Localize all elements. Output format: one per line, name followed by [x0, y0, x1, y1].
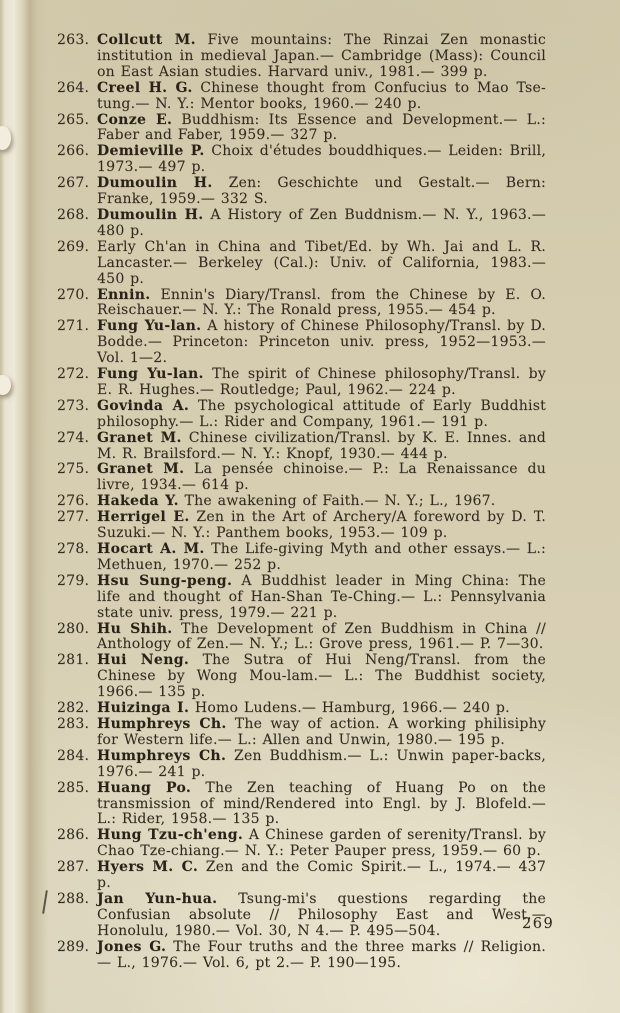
- entry-text: Huang Po. The Zen teaching of Huang Po o…: [97, 781, 546, 829]
- entry-number: 288.: [57, 892, 97, 908]
- entry-number: 264.: [57, 81, 97, 97]
- entry-number: 281.: [57, 653, 97, 669]
- entry-author: Humphreys Ch.: [97, 748, 226, 764]
- entry-text: Hakeda Y. The awakening of Faith.— N. Y.…: [97, 494, 546, 510]
- entry-reference: The awakening of Faith.— N. Y.; L., 1967…: [179, 493, 496, 509]
- entry-text: Jan Yun-hua. Tsung-mi's questions regard…: [97, 892, 546, 940]
- bibliography-entry: 269. Early Ch'an in China and Tibet/Ed. …: [57, 240, 546, 288]
- entry-text: Huizinga I. Homo Ludens.— Hamburg, 1966.…: [97, 701, 546, 717]
- entry-author: Govinda A.: [97, 398, 189, 414]
- entry-author: Hakeda Y.: [97, 493, 179, 509]
- bibliography-entry: 281. Hui Neng. The Sutra of Hui Neng/Tra…: [57, 653, 546, 701]
- bibliography-entry: 267. Dumoulin H. Zen: Geschichte und Ges…: [57, 176, 546, 208]
- entry-reference: Ennin's Diary/Transl. from the Chinese b…: [97, 287, 546, 319]
- entry-text: Jones G. The Four truths and the three m…: [97, 940, 546, 972]
- bibliography-entry: 287. Hyers M. C. Zen and the Comic Spiri…: [57, 860, 546, 892]
- entry-text: Hu Shih. The Development of Zen Buddhism…: [97, 622, 546, 654]
- entry-author: Demieville P.: [97, 143, 205, 159]
- entry-author: Humphreys Ch.: [97, 716, 227, 732]
- bibliography-entry: 266. Demieville P. Choix d'études bouddh…: [57, 144, 546, 176]
- bibliography-entry: 271. Fung Yu-lan. A history of Chinese P…: [57, 319, 546, 367]
- bibliography-entry: 273. Govinda A. The psychological attitu…: [57, 399, 546, 431]
- entry-author: Fung Yu-lan.: [97, 366, 204, 382]
- entry-number: 273.: [57, 399, 97, 415]
- entry-author: Hsu Sung-peng.: [97, 573, 232, 589]
- entry-text: Fung Yu-lan. The spirit of Chinese philo…: [97, 367, 546, 399]
- entry-text: Collcutt M. Five mountains: The Rinzai Z…: [97, 33, 546, 81]
- page-number: 269: [522, 916, 554, 932]
- bibliography-entry: 272. Fung Yu-lan. The spirit of Chinese …: [57, 367, 546, 399]
- entry-number: 272.: [57, 367, 97, 383]
- entry-author: Hung Tzu-ch'eng.: [97, 827, 243, 843]
- bibliography-list: 263. Collcutt M. Five mountains: The Rin…: [57, 33, 546, 971]
- entry-text: Humphreys Ch. The way of action. A worki…: [97, 717, 546, 749]
- bibliography-entry: 282. Huizinga I. Homo Ludens.— Hamburg, …: [57, 701, 546, 717]
- entry-number: 284.: [57, 749, 97, 765]
- entry-author: Dumoulin H.: [97, 175, 213, 191]
- entry-author: Hu Shih.: [97, 621, 173, 637]
- entry-author: Hui Neng.: [97, 652, 189, 668]
- entry-number: 270.: [57, 288, 97, 304]
- entry-text: Hung Tzu-ch'eng. A Chinese garden of ser…: [97, 828, 546, 860]
- bibliography-entry: 276. Hakeda Y. The awakening of Faith.— …: [57, 494, 546, 510]
- entry-author: Jan Yun-hua.: [97, 891, 217, 907]
- bibliography-entry: 265. Conze E. Buddhism: Its Essence and …: [57, 113, 546, 145]
- bibliography-entry: 274. Granet M. Chinese civilization/Tran…: [57, 431, 546, 463]
- bibliography-entry: 263. Collcutt M. Five mountains: The Rin…: [57, 33, 546, 81]
- entry-reference: Homo Ludens.— Hamburg, 1966.— 240 p.: [189, 700, 510, 716]
- bibliography-entry: 286. Hung Tzu-ch'eng. A Chinese garden o…: [57, 828, 546, 860]
- bibliography-entry: 285. Huang Po. The Zen teaching of Huang…: [57, 781, 546, 829]
- entry-author: Huizinga I.: [97, 700, 189, 716]
- entry-text: Fung Yu-lan. A history of Chinese Philos…: [97, 319, 546, 367]
- entry-text: Hyers M. C. Zen and the Comic Spirit.— L…: [97, 860, 546, 892]
- bibliography-entry: 283. Humphreys Ch. The way of action. A …: [57, 717, 546, 749]
- entry-text: Humphreys Ch. Zen Buddhism.— L.: Unwin p…: [97, 749, 546, 781]
- entry-text: Dumoulin H. Zen: Geschichte und Gestalt.…: [97, 176, 546, 208]
- bibliography-entry: 270. Ennin. Ennin's Diary/Transl. from t…: [57, 288, 546, 320]
- entry-text: Dumoulin H. A History of Zen Buddnism.— …: [97, 208, 546, 240]
- book-page-scan: 263. Collcutt M. Five mountains: The Rin…: [0, 0, 620, 1013]
- entry-author: Collcutt M.: [97, 32, 196, 48]
- entry-number: 274.: [57, 431, 97, 447]
- entry-author: Hocart A. M.: [97, 541, 205, 557]
- entry-number: 285.: [57, 781, 97, 797]
- entry-text: Ennin. Ennin's Diary/Transl. from the Ch…: [97, 288, 546, 320]
- entry-author: Conze E.: [97, 112, 172, 128]
- bibliography-entry: 268. Dumoulin H. A History of Zen Buddni…: [57, 208, 546, 240]
- entry-number: 287.: [57, 860, 97, 876]
- entry-number: 267.: [57, 176, 97, 192]
- entry-number: 263.: [57, 33, 97, 49]
- entry-number: 280.: [57, 622, 97, 638]
- bibliography-entry: 279. Hsu Sung-peng. A Buddhist leader in…: [57, 574, 546, 622]
- entry-reference: Early Ch'an in China and Tibet/Ed. by Wh…: [97, 239, 546, 287]
- entry-text: Early Ch'an in China and Tibet/Ed. by Wh…: [97, 240, 546, 288]
- entry-number: 286.: [57, 828, 97, 844]
- bibliography-entry: 264. Creel H. G. Chinese thought from Co…: [57, 81, 546, 113]
- entry-author: Granet M.: [97, 461, 184, 477]
- entry-text: Govinda A. The psychological attitude of…: [97, 399, 546, 431]
- entry-number: 268.: [57, 208, 97, 224]
- entry-text: Conze E. Buddhism: Its Essence and Devel…: [97, 113, 546, 145]
- entry-author: Dumoulin H.: [97, 207, 203, 223]
- entry-text: Hui Neng. The Sutra of Hui Neng/Transl. …: [97, 653, 546, 701]
- entry-number: 283.: [57, 717, 97, 733]
- entry-author: Hyers M. C.: [97, 859, 198, 875]
- bibliography-entry: 284. Humphreys Ch. Zen Buddhism.— L.: Un…: [57, 749, 546, 781]
- bibliography-entry: 280. Hu Shih. The Development of Zen Bud…: [57, 622, 546, 654]
- entry-number: 277.: [57, 510, 97, 526]
- entry-number: 278.: [57, 542, 97, 558]
- entry-author: Fung Yu-lan.: [97, 318, 201, 334]
- entry-text: Herrigel E. Zen in the Art of Archery/A …: [97, 510, 546, 542]
- entry-text: Hocart A. M. The Life-giving Myth and ot…: [97, 542, 546, 574]
- entry-author: Ennin.: [97, 287, 151, 303]
- entry-number: 266.: [57, 144, 97, 160]
- entry-text: Granet M. La pensée chinoise.— P.: La Re…: [97, 462, 546, 494]
- entry-number: 271.: [57, 319, 97, 335]
- entry-author: Jones G.: [97, 939, 166, 955]
- page-edge-binding: [0, 0, 48, 1013]
- bibliography-entry: 275. Granet M. La pensée chinoise.— P.: …: [57, 462, 546, 494]
- entry-author: Granet M.: [97, 430, 182, 446]
- entry-text: Demieville P. Choix d'études bouddhiques…: [97, 144, 546, 176]
- entry-number: 276.: [57, 494, 97, 510]
- entry-number: 275.: [57, 462, 97, 478]
- entry-text: Hsu Sung-peng. A Buddhist leader in Ming…: [97, 574, 546, 622]
- bibliography-entry: 288. Jan Yun-hua. Tsung-mi's questions r…: [57, 892, 546, 940]
- entry-author: Herrigel E.: [97, 509, 190, 525]
- entry-number: 265.: [57, 113, 97, 129]
- entry-number: 289.: [57, 940, 97, 956]
- entry-text: Creel H. G. Chinese thought from Confuci…: [97, 81, 546, 113]
- entry-number: 279.: [57, 574, 97, 590]
- entry-author: Huang Po.: [97, 780, 191, 796]
- entry-number: 269.: [57, 240, 97, 256]
- entry-number: 282.: [57, 701, 97, 717]
- entry-author: Creel H. G.: [97, 80, 193, 96]
- entry-text: Granet M. Chinese civilization/Transl. b…: [97, 431, 546, 463]
- bibliography-entry: 278. Hocart A. M. The Life-giving Myth a…: [57, 542, 546, 574]
- bibliography-entry: 277. Herrigel E. Zen in the Art of Arche…: [57, 510, 546, 542]
- bibliography-entry: 289. Jones G. The Four truths and the th…: [57, 940, 546, 972]
